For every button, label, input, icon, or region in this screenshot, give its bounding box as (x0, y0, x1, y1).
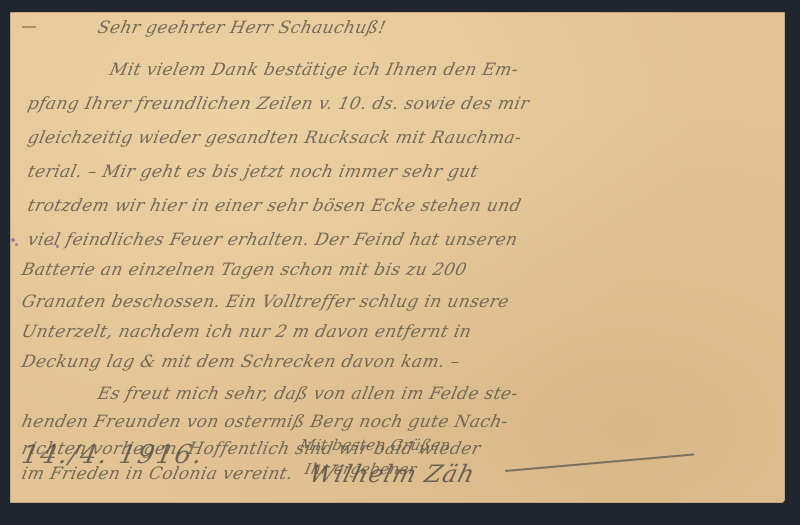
body-line-9: Unterzelt, nachdem ich nur 2 m davon ent… (20, 322, 473, 342)
body-line-1: Mit vielem Dank bestätige ich Ihnen den … (108, 60, 520, 80)
purple-ink-mark (15, 243, 18, 246)
purple-ink-mark (11, 238, 15, 242)
salutation: Sehr geehrter Herr Schauchuß! (96, 18, 388, 38)
body-line-12: henden Freunden von ostermiß Berg noch g… (20, 412, 510, 432)
signature: Wilhelm Zäh (307, 460, 479, 488)
corner-wear (22, 26, 36, 28)
letter-date: 14./4. 1916. (19, 440, 206, 470)
body-line-5: trotzdem wir hier in einer sehr bösen Ec… (26, 196, 523, 216)
purple-ink-mark (56, 245, 59, 248)
body-line-8: Granaten beschossen. Ein Volltreffer sch… (20, 292, 511, 312)
body-line-2: pfang Ihrer freundlichen Zeilen v. 10. d… (26, 94, 531, 114)
body-line-7: Batterie an einzelnen Tagen schon mit bi… (20, 260, 469, 280)
closing-greeting: Mit besten Grüßen (298, 436, 452, 454)
body-line-6: viel feindliches Feuer erhalten. Der Fei… (26, 230, 520, 250)
body-line-11: Es freut mich sehr, daß von allen im Fel… (96, 384, 520, 404)
body-line-10: Deckung lag & mit dem Schrecken davon ka… (20, 352, 462, 372)
postcard: Sehr geehrter Herr Schauchuß! Mit vielem… (10, 12, 785, 503)
purple-ink-mark (50, 242, 53, 245)
body-line-3: gleichzeitig wieder gesandten Rucksack m… (26, 128, 524, 148)
body-line-4: terial. – Mir geht es bis jetzt noch imm… (26, 162, 480, 182)
